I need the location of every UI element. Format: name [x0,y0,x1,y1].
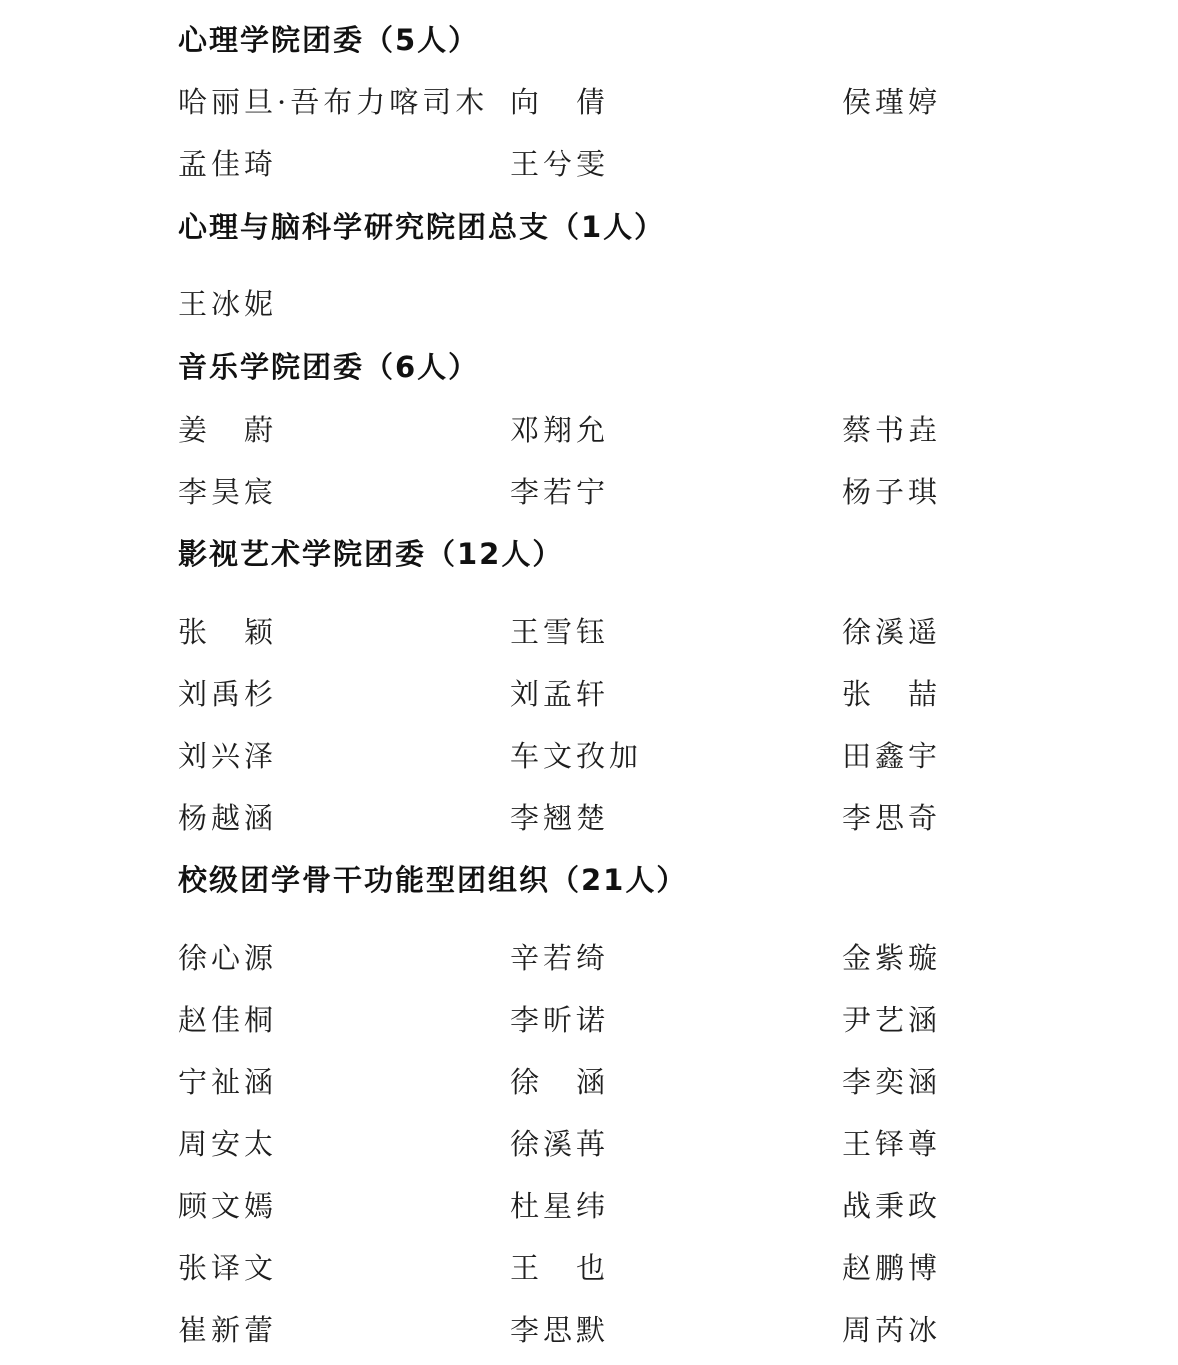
member-name: 崔新蕾 [178,1308,277,1349]
section-heading-psychology: 心理学院团委（5人） [178,18,479,59]
member-name: 蔡书垚 [842,408,941,449]
section-heading-music: 音乐学院团委（6人） [178,345,479,386]
member-name: 刘禹杉 [178,672,277,713]
member-name: 徐溪遥 [842,610,941,651]
member-name: 张译文 [178,1246,277,1287]
member-name: 杨子琪 [842,470,941,511]
section-heading-brain-science: 心理与脑科学研究院团总支（1人） [178,205,665,246]
member-name: 李若宁 [510,470,609,511]
member-name: 李思奇 [842,796,941,837]
member-name: 宁祉涵 [178,1060,277,1101]
section-heading-school-level: 校级团学骨干功能型团组织（21人） [178,858,687,899]
member-name: 王铎尊 [842,1122,941,1163]
member-name: 侯瑾婷 [842,80,941,121]
member-name: 赵鹏博 [842,1246,941,1287]
member-name: 王雪钰 [510,610,609,651]
member-name: 刘孟轩 [510,672,609,713]
member-name: 李奕涵 [842,1060,941,1101]
member-name: 金紫璇 [842,936,941,977]
member-name: 李思默 [510,1308,609,1349]
member-name: 周安太 [178,1122,277,1163]
member-name: 张 颖 [178,610,277,651]
member-name: 向 倩 [510,80,609,121]
member-name: 李翘楚 [510,796,609,837]
member-name: 赵佳桐 [178,998,277,1039]
member-name: 周芮冰 [842,1308,941,1349]
member-name: 哈丽旦·吾布力喀司木 [178,80,488,121]
member-name: 战秉政 [842,1184,941,1225]
member-name: 姜 蔚 [178,408,277,449]
member-name: 张 喆 [842,672,941,713]
member-name: 徐溪苒 [510,1122,609,1163]
member-name: 王 也 [510,1246,609,1287]
member-name: 车文孜加 [510,734,642,775]
member-name: 李昕诺 [510,998,609,1039]
member-name: 邓翔允 [510,408,609,449]
member-name: 王冰妮 [178,282,277,323]
member-name: 辛若绮 [510,936,609,977]
member-name: 李昊宸 [178,470,277,511]
member-name: 杜星纬 [510,1184,609,1225]
member-name: 田鑫宇 [842,734,941,775]
member-name: 徐心源 [178,936,277,977]
member-name: 王兮雯 [510,142,609,183]
document-page: 心理学院团委（5人） 哈丽旦·吾布力喀司木 向 倩 侯瑾婷 孟佳琦 王兮雯 心理… [0,0,1178,1365]
member-name: 徐 涵 [510,1060,609,1101]
member-name: 尹艺涵 [842,998,941,1039]
section-heading-film-arts: 影视艺术学院团委（12人） [178,532,563,573]
member-name: 杨越涵 [178,796,277,837]
member-name: 顾文嫣 [178,1184,277,1225]
member-name: 刘兴泽 [178,734,277,775]
member-name: 孟佳琦 [178,142,277,183]
